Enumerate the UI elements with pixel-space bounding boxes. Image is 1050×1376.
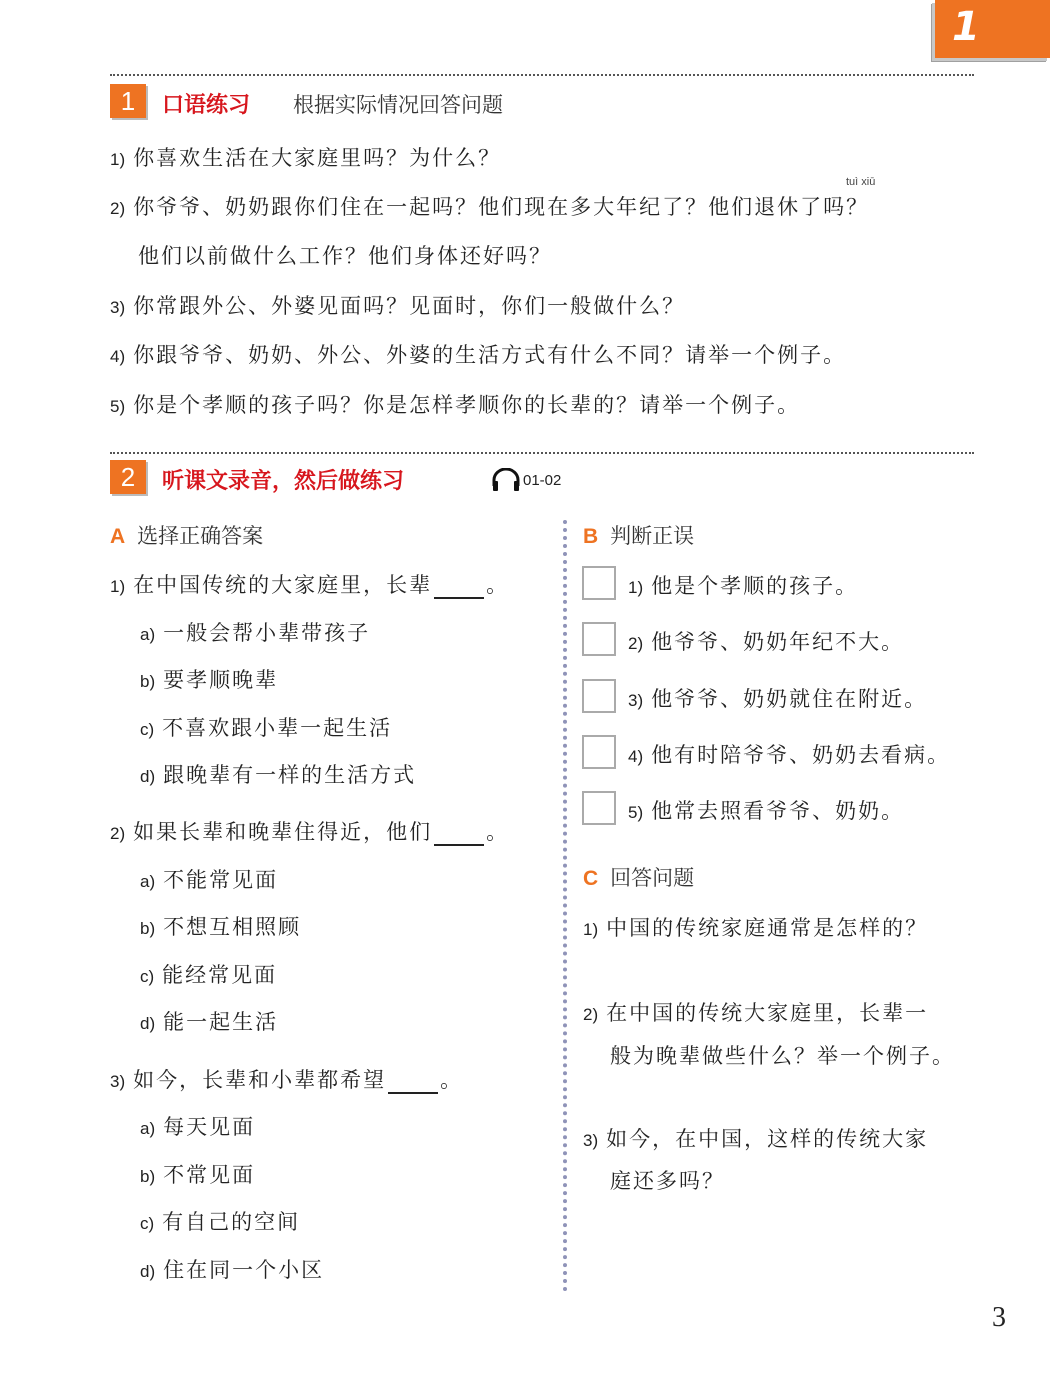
part-c-heading: C回答问题 xyxy=(583,862,694,892)
true-false-checkbox[interactable] xyxy=(582,791,616,825)
column-divider xyxy=(563,520,567,1292)
speaking-question-1: 1)你喜欢生活在大家庭里吗？为什么？ xyxy=(110,142,501,172)
choice-option[interactable]: a)不能常见面 xyxy=(140,864,278,894)
pinyin-annotation: tuì xiū xyxy=(846,176,875,188)
speaking-question-5: 5)你是个孝顺的孩子吗？你是怎样孝顺你的长辈的？请举一个例子。 xyxy=(110,389,800,419)
true-false-checkbox[interactable] xyxy=(582,735,616,769)
headphones-icon xyxy=(491,468,521,492)
choice-option[interactable]: a)每天见面 xyxy=(140,1111,255,1141)
choice-option[interactable]: c)不喜欢跟小辈一起生活 xyxy=(140,712,392,742)
true-false-statement: 5)他常去照看爷爷、奶奶。 xyxy=(628,795,904,825)
answer-blank[interactable] xyxy=(434,579,484,599)
answer-question-2-continued: 般为晚辈做些什么？举一个例子。 xyxy=(610,1040,955,1070)
choice-option[interactable]: c)能经常见面 xyxy=(140,959,277,989)
divider xyxy=(110,452,974,454)
choice-option[interactable]: d)跟晚辈有一样的生活方式 xyxy=(140,759,416,789)
choice-question-2: 2)如果长辈和晚辈住得近，他们。 xyxy=(110,816,509,846)
choice-option[interactable]: b)不常见面 xyxy=(140,1159,255,1189)
section-2-badge: 2 xyxy=(110,460,146,494)
part-a-heading: A选择正确答案 xyxy=(110,520,263,550)
answer-question-2: 2)在中国的传统大家庭里，长辈一 xyxy=(583,997,928,1027)
section-1-title: 口语练习 xyxy=(162,88,250,119)
section-2-title: 听课文录音，然后做练习 xyxy=(162,464,404,495)
audio-track[interactable]: 01-02 xyxy=(491,468,561,492)
choice-option[interactable]: c)有自己的空间 xyxy=(140,1206,300,1236)
speaking-question-2-continued: 他们以前做什么工作？他们身体还好吗？ xyxy=(138,240,552,270)
true-false-checkbox[interactable] xyxy=(582,566,616,600)
choice-option[interactable]: b)不想互相照顾 xyxy=(140,911,301,941)
answer-blank[interactable] xyxy=(434,826,484,846)
answer-question-3: 3)如今，在中国，这样的传统大家 xyxy=(583,1123,928,1153)
divider xyxy=(110,74,974,76)
section-1-badge: 1 xyxy=(110,84,146,118)
true-false-statement: 2)他爷爷、奶奶年纪不大。 xyxy=(628,626,904,656)
choice-option[interactable]: b)要孝顺晚辈 xyxy=(140,664,278,694)
part-b-heading: B判断正误 xyxy=(583,520,694,550)
speaking-question-3: 3)你常跟外公、外婆见面吗？见面时，你们一般做什么？ xyxy=(110,290,685,320)
true-false-checkbox[interactable] xyxy=(582,622,616,656)
true-false-statement: 1)他是个孝顺的孩子。 xyxy=(628,570,858,600)
chapter-number: 1 xyxy=(952,4,980,50)
true-false-checkbox[interactable] xyxy=(582,679,616,713)
choice-option[interactable]: a)一般会帮小辈带孩子 xyxy=(140,617,370,647)
true-false-statement: 3)他爷爷、奶奶就住在附近。 xyxy=(628,683,927,713)
speaking-question-4: 4)你跟爷爷、奶奶、外公、外婆的生活方式有什么不同？请举一个例子。 xyxy=(110,339,846,369)
page-number: 3 xyxy=(992,1302,1006,1334)
choice-option[interactable]: d)能一起生活 xyxy=(140,1006,278,1036)
audio-track-number: 01-02 xyxy=(523,472,561,489)
answer-blank[interactable] xyxy=(388,1074,438,1094)
choice-question-1: 1)在中国传统的大家庭里，长辈。 xyxy=(110,569,509,599)
choice-option[interactable]: d)住在同一个小区 xyxy=(140,1254,324,1284)
speaking-question-2: 2)你爷爷、奶奶跟你们住在一起吗？他们现在多大年纪了？他们退休了吗？ xyxy=(110,191,869,221)
true-false-statement: 4)他有时陪爷爷、奶奶去看病。 xyxy=(628,739,950,769)
section-1-subtitle: 根据实际情况回答问题 xyxy=(293,89,503,119)
answer-question-1: 1)中国的传统家庭通常是怎样的？ xyxy=(583,912,928,942)
choice-question-3: 3)如今，长辈和小辈都希望。 xyxy=(110,1064,463,1094)
answer-question-3-continued: 庭还多吗？ xyxy=(610,1165,725,1195)
